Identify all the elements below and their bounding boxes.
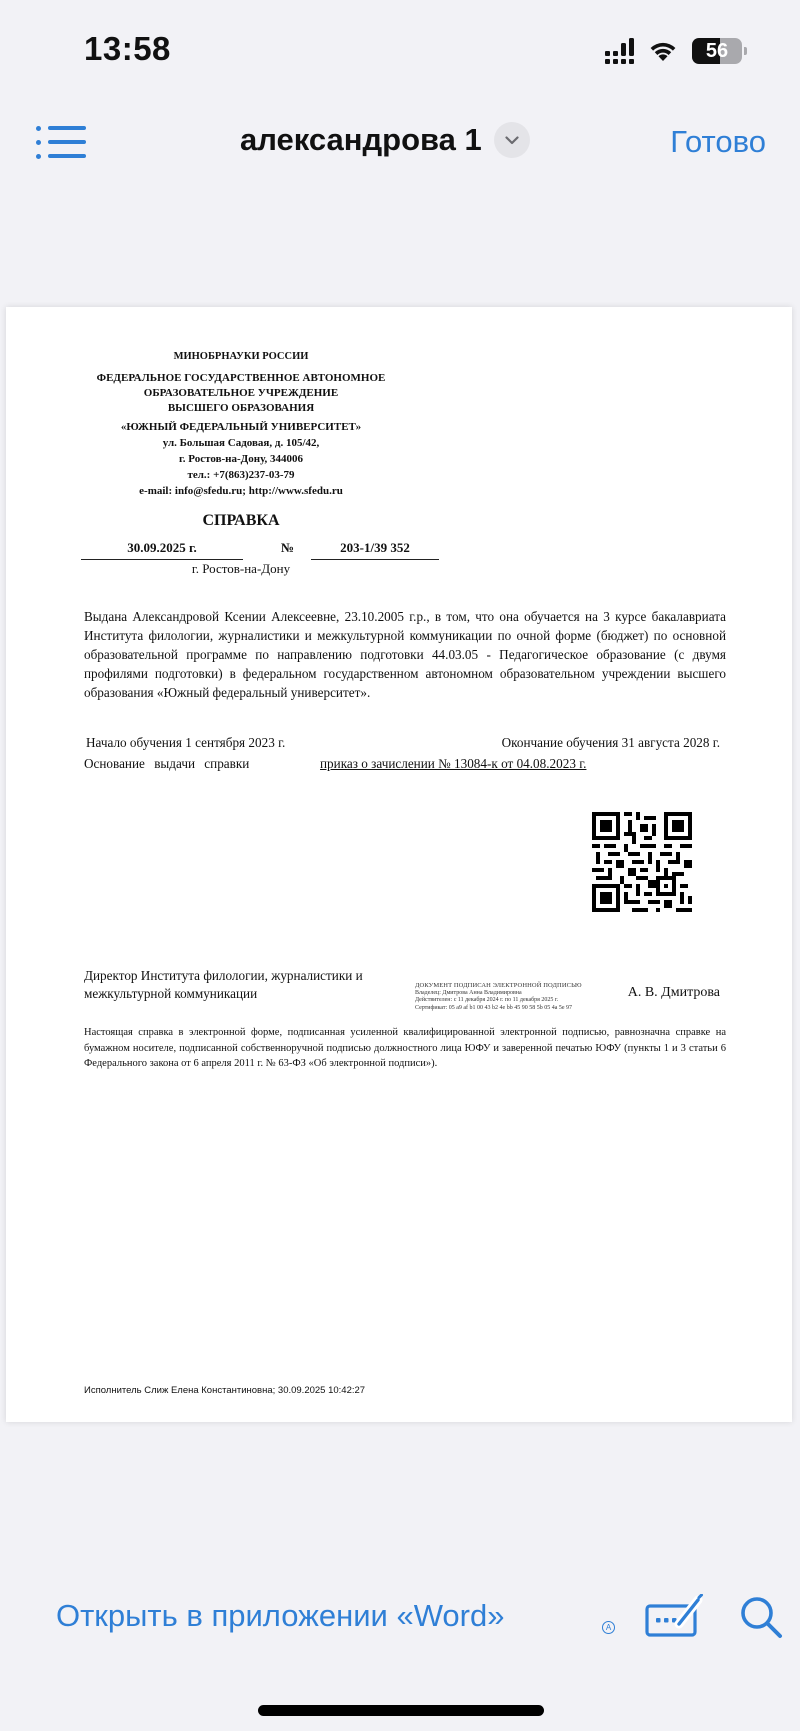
org-line: ВЫСШЕГО ОБРАЗОВАНИЯ — [66, 401, 416, 416]
legal-note: Настоящая справка в электронной форме, п… — [84, 1025, 726, 1072]
number-sign: № — [281, 540, 294, 556]
esign-validity: Действителен: с 11 декабря 2024 г. по 11… — [415, 997, 582, 1005]
home-indicator[interactable] — [258, 1705, 544, 1716]
certificate-date: 30.09.2025 г. — [81, 540, 243, 560]
document-title: александрова 1 — [240, 122, 482, 158]
signer-name: А. В. Дмитрова — [628, 985, 720, 1001]
contact-line: тел.: +7(863)237-03-79 — [66, 467, 416, 483]
org-line: ОБРАЗОВАТЕЛЬНОЕ УЧРЕЖДЕНИЕ — [66, 386, 416, 401]
signer-position: Директор Института филологии, журналисти… — [84, 967, 363, 1003]
markup-signature-icon[interactable] — [644, 1594, 704, 1638]
basis-value: приказ о зачислении № 13084-к от 04.08.2… — [320, 756, 586, 772]
document-preview-screen: 13:58 56 александрова 1 Готово МИНОБРНАУ… — [0, 0, 800, 1731]
status-icons: 56 — [605, 38, 742, 64]
contact-line: ул. Большая Садовая, д. 105/42, — [66, 435, 416, 451]
esign-header: ДОКУМЕНТ ПОДПИСАН ЭЛЕКТРОННОЙ ПОДПИСЬЮ — [415, 982, 582, 990]
battery-level: 56 — [706, 40, 728, 63]
org-line: ФЕДЕРАЛЬНОЕ ГОСУДАРСТВЕННОЕ АВТОНОМНОЕ — [66, 371, 416, 386]
contact-line: e-mail: info@sfedu.ru; http://www.sfedu.… — [66, 483, 416, 499]
esign-owner: Владелец: Дмитрова Анна Владимировна — [415, 990, 582, 998]
certificate-title: СПРАВКА — [66, 512, 416, 530]
certificate-body: Выдана Александровой Ксении Алексеевне, … — [84, 607, 726, 702]
basis-label: Основание выдачи справки — [84, 756, 249, 772]
organization-contacts: «ЮЖНЫЙ ФЕДЕРАЛЬНЫЙ УНИВЕРСИТЕТ» ул. Боль… — [66, 419, 416, 499]
done-button[interactable]: Готово — [670, 124, 766, 160]
study-end: Окончание обучения 31 августа 2028 г. — [502, 735, 720, 751]
study-start: Начало обучения 1 сентября 2023 г. — [86, 735, 285, 751]
document-page: МИНОБРНАУКИ РОССИИ ФЕДЕРАЛЬНОЕ ГОСУДАРСТ… — [6, 307, 792, 1422]
chevron-down-icon[interactable] — [494, 122, 530, 158]
signer-position-line: межкультурной коммуникации — [84, 985, 363, 1003]
esign-certificate: Сертификат: 05 a9 af b1 00 43 b2 4e bb 4… — [415, 1005, 582, 1013]
cellular-signal-icon — [605, 38, 634, 64]
ad-info-icon: A — [602, 1621, 615, 1634]
signer-position-line: Директор Института филологии, журналисти… — [84, 967, 363, 985]
search-icon[interactable] — [738, 1594, 784, 1640]
contact-line: «ЮЖНЫЙ ФЕДЕРАЛЬНЫЙ УНИВЕРСИТЕТ» — [66, 419, 416, 435]
ministry-name: МИНОБРНАУКИ РОССИИ — [66, 351, 416, 362]
status-time: 13:58 — [84, 30, 171, 68]
certificate-number: 203-1/39 352 — [311, 540, 439, 560]
battery-indicator: 56 — [692, 38, 742, 64]
list-icon[interactable] — [36, 124, 86, 160]
contact-line: г. Ростов-на-Дону, 344006 — [66, 451, 416, 467]
document-title-menu[interactable]: александрова 1 — [240, 122, 530, 158]
certificate-city: г. Ростов-на-Дону — [66, 561, 416, 577]
electronic-signature-stamp: ДОКУМЕНТ ПОДПИСАН ЭЛЕКТРОННОЙ ПОДПИСЬЮ В… — [415, 982, 582, 1012]
open-in-word-button[interactable]: Открыть в приложении «Word» — [56, 1598, 504, 1634]
wifi-icon — [648, 39, 678, 63]
organization-name: ФЕДЕРАЛЬНОЕ ГОСУДАРСТВЕННОЕ АВТОНОМНОЕ О… — [66, 371, 416, 416]
executor-line: Исполнитель Слиж Елена Константиновна; 3… — [84, 1385, 365, 1396]
qr-code-icon[interactable] — [592, 812, 692, 912]
